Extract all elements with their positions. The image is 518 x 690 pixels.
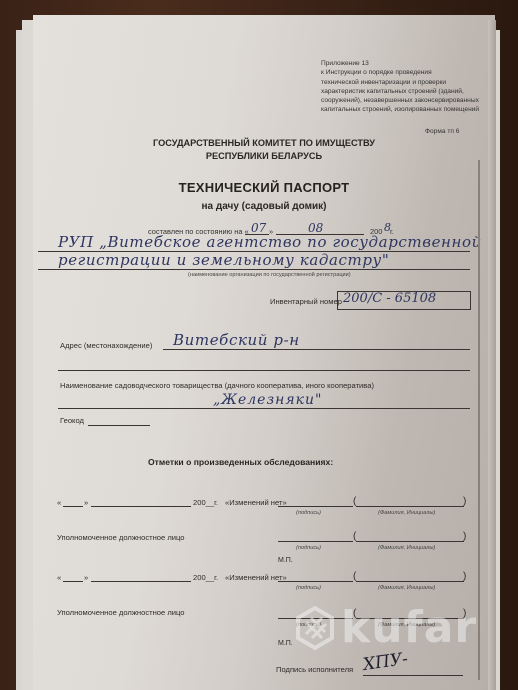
organization-underline2: [38, 269, 470, 270]
paren-close: ): [463, 496, 466, 507]
paren-close: ): [463, 531, 466, 542]
signature-blank[interactable]: [278, 581, 353, 582]
date-open-quote: «: [57, 573, 61, 582]
appendix-line: характеристик капитальных строений (здан…: [321, 87, 506, 96]
sheet-edge: [488, 20, 496, 690]
document-subtitle: на дачу (садовый домик): [33, 201, 495, 212]
month-blank[interactable]: [91, 506, 191, 507]
kufar-watermark-text: kufar: [341, 602, 477, 653]
name-caption: (Фамилия, Инициалы): [378, 510, 435, 516]
kufar-watermark: kufar: [295, 602, 477, 653]
official-name-caption: (Фамилия, Инициалы): [378, 545, 435, 551]
signature-blank[interactable]: [278, 506, 353, 507]
address-underline: [163, 349, 470, 350]
name-caption: (Фамилия, Инициалы): [378, 585, 435, 591]
document-title: ТЕХНИЧЕСКИЙ ПАСПОРТ: [33, 180, 495, 195]
kufar-hex-logo-icon: [295, 606, 335, 650]
organization-line2: регистрации и земельному кадастру": [58, 251, 389, 269]
executor-signature-label: Подпись исполнителя: [276, 665, 353, 674]
day-blank[interactable]: [63, 506, 83, 507]
official-label: Уполномоченное должностное лицо: [57, 608, 185, 617]
executor-signature-line[interactable]: [363, 675, 463, 676]
address-value: Витебский р-н: [173, 331, 300, 349]
appendix-line: Приложение 13: [321, 59, 506, 68]
name-blank[interactable]: [356, 506, 464, 507]
geocode-label: Геокод: [60, 416, 84, 425]
stamp-place: М.П.: [278, 557, 293, 564]
stamp-place: М.П.: [278, 640, 293, 647]
partnership-label: Наименование садоводческого товарищества…: [60, 381, 374, 390]
name-blank[interactable]: [356, 581, 464, 582]
official-label: Уполномоченное должностное лицо: [57, 533, 185, 542]
form-code: Форма тп 6: [425, 128, 459, 135]
committee-name-line1: ГОСУДАРСТВЕННЫЙ КОМИТЕТ ПО ИМУЩЕСТВУ: [33, 138, 495, 148]
address-label: Адрес (местонахождение): [60, 341, 152, 350]
appendix-line: технической инвентаризации и проверки: [321, 78, 506, 87]
technical-passport-page: Приложение 13 к Инструкции о порядке про…: [33, 15, 495, 690]
date-close-quote: »: [84, 573, 88, 582]
appendix-line: капитальных строений, изолированных поме…: [321, 105, 506, 114]
geocode-underline: [88, 425, 150, 426]
committee-name-line2: РЕСПУБЛИКИ БЕЛАРУСЬ: [33, 151, 495, 161]
organization-caption: (наименование организации по государстве…: [188, 272, 351, 278]
date-close-quote: »: [84, 498, 88, 507]
appendix-line: сооружений), незавершенных законсервиров…: [321, 96, 506, 105]
month-blank[interactable]: [91, 581, 191, 582]
signature-caption: (подпись): [296, 510, 321, 516]
partnership-underline: [58, 408, 470, 409]
organization-line1: РУП „Витебское агентство по государствен…: [58, 233, 482, 251]
paren-close: ): [463, 571, 466, 582]
official-signature-blank[interactable]: [278, 541, 353, 542]
inventory-label: Инвентарный номер: [270, 297, 342, 306]
inventory-number-value: 200/С - 65108: [343, 291, 436, 306]
day-blank[interactable]: [63, 581, 83, 582]
inspections-heading: Отметки о произведенных обследованиях:: [148, 457, 333, 467]
official-name-blank[interactable]: [356, 541, 464, 542]
signature-caption: (подпись): [296, 585, 321, 591]
partnership-value: „Железняки": [213, 392, 322, 408]
official-signature-caption: (подпись): [296, 545, 321, 551]
appendix-line: к Инструкции о порядке проведения: [321, 68, 506, 77]
year-label: 200__г.: [193, 573, 218, 582]
appendix-note: Приложение 13 к Инструкции о порядке про…: [321, 59, 506, 115]
year-label: 200__г.: [193, 498, 218, 507]
address-underline2: [58, 370, 470, 371]
sheet-fold: [478, 160, 480, 680]
date-open-quote: «: [57, 498, 61, 507]
